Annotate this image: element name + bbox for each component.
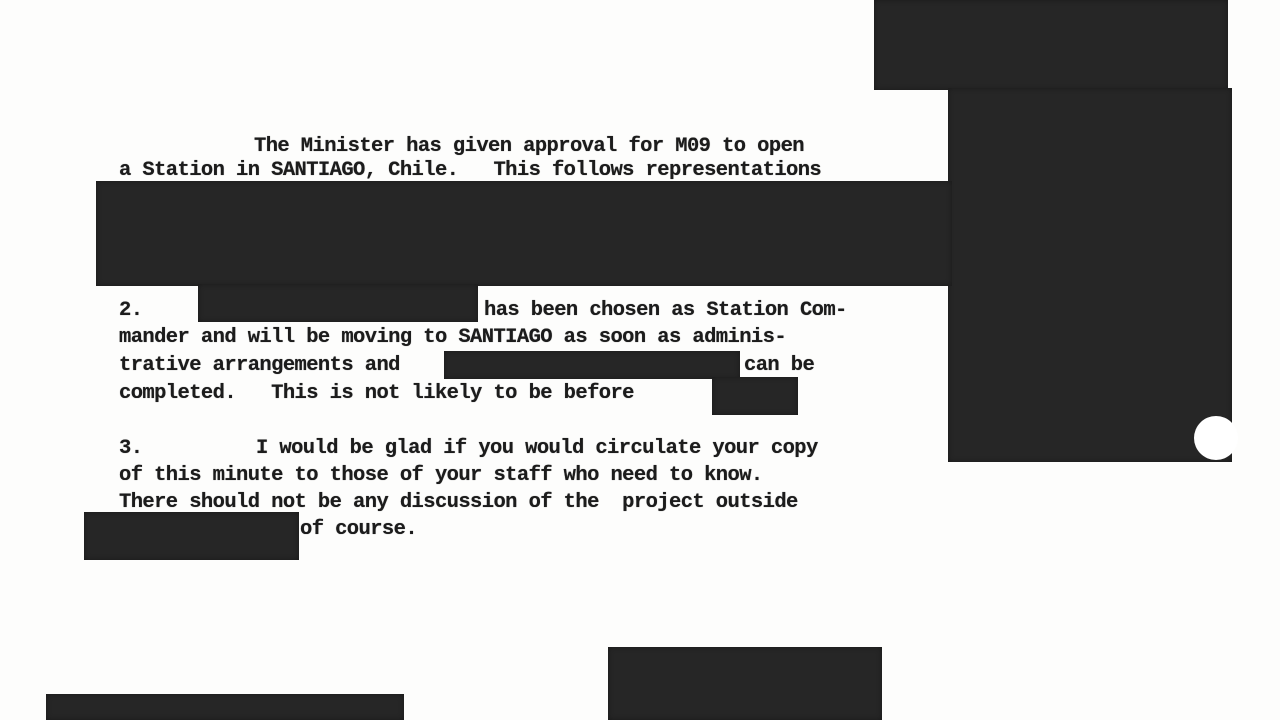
redaction-top-right [874, 0, 1228, 90]
para2-line3: trative arrangements and [119, 356, 400, 377]
redaction-outside-whom [84, 512, 299, 560]
para3-line3: There should not be any discussion of th… [119, 493, 798, 514]
para1-line2: a Station in SANTIAGO, Chile. This follo… [119, 161, 821, 182]
para2-line3-end: can be [744, 356, 814, 377]
para2-line4: completed. This is not likely to be befo… [119, 384, 634, 405]
para3-line4: of course. [300, 520, 417, 541]
para2-number: 2. [119, 301, 142, 322]
para2-line2: mander and will be moving to SANTIAGO as… [119, 328, 786, 349]
para3-line2: of this minute to those of your staff wh… [119, 466, 763, 487]
para3-number: 3. [119, 439, 142, 460]
para2-line1: has been chosen as Station Com- [484, 301, 847, 322]
redaction-date [712, 377, 798, 415]
memo-page: The Minister has given approval for M09 … [0, 0, 1280, 720]
redaction-bottom-left [46, 694, 404, 720]
para1-line1: The Minister has given approval for M09 … [254, 137, 804, 158]
redaction-paragraph-1 [96, 181, 952, 286]
redaction-bottom-center [608, 647, 882, 720]
redaction-right-column [948, 88, 1232, 462]
punch-hole [1194, 416, 1238, 460]
redaction-commander-name [198, 284, 478, 322]
redaction-arrangements [444, 351, 740, 379]
para3-line1: I would be glad if you would circulate y… [256, 439, 818, 460]
